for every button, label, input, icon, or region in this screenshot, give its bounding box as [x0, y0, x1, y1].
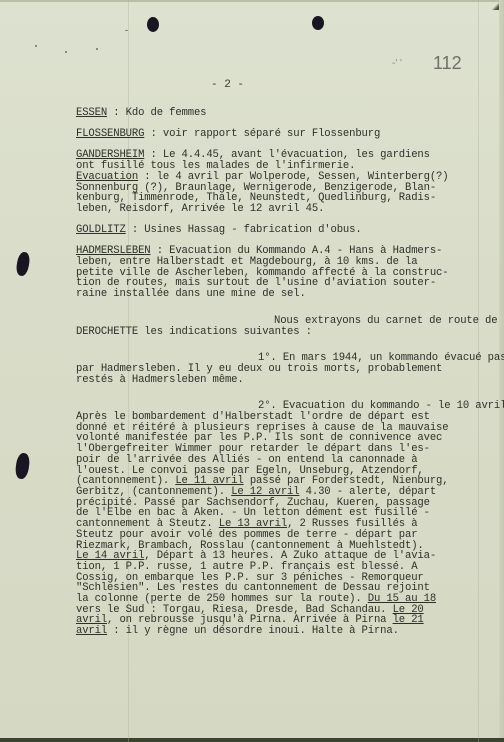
page-bottom-edge: [0, 738, 504, 742]
body-text-run: : il y règne un désordre inoui. Halte à …: [107, 625, 399, 637]
punch-hole-icon: [147, 17, 159, 32]
punch-hole-icon: [15, 251, 31, 277]
page-top-edge: [0, 0, 504, 2]
section-goldlitz: GOLDLITZ : Usines Hassag - fabrication d…: [76, 225, 486, 236]
section-flossenburg: FLOSSENBURG : voir rapport séparé sur Fl…: [76, 129, 486, 140]
punch-hole-icon: [14, 452, 30, 480]
intro-text: DEROCHETTE les indications suivantes :: [76, 327, 486, 338]
page-number: - 2 -: [211, 79, 244, 91]
point-2: 2°. Evacuation du kommando - le 10 avril…: [76, 401, 486, 636]
section-gandersheim: GANDERSHEIM : Le 4.4.45, avant l'évacuat…: [76, 150, 486, 214]
section-heading: ESSEN: [76, 107, 107, 119]
section-text: : le 4 avril par Wolperode, Sessen, Wint…: [138, 171, 448, 183]
paper-speck: [125, 30, 128, 31]
archive-stamp-number: 112: [433, 53, 462, 74]
paper-speck: [96, 48, 98, 50]
section-heading: GOLDLITZ: [76, 224, 126, 236]
page-right-edge: [499, 0, 504, 742]
point-text: restés à Hadmersleben même.: [76, 375, 486, 386]
paper-speck: [65, 51, 67, 53]
section-text: raine installée dans une mine de sel.: [76, 289, 486, 300]
section-heading: FLOSSENBURG: [76, 128, 144, 140]
section-text: : Usines Hassag - fabrication d'obus.: [126, 224, 362, 236]
intro-text: Nous extrayons du carnet de route de Mon…: [76, 316, 486, 327]
point-2-body: Après le bombardement d'Halberstadt l'or…: [76, 412, 486, 637]
punch-hole-icon: [312, 16, 324, 30]
intro-paragraph: Nous extrayons du carnet de route de Mon…: [76, 316, 486, 337]
document-body: ESSEN : Kdo de femmes FLOSSENBURG : voir…: [76, 108, 486, 647]
section-text: leben, Reisdorf, Arrivée le 12 avril 45.: [76, 204, 486, 215]
section-text: : Kdo de femmes: [107, 107, 206, 119]
section-subheading: Evacuation: [76, 171, 138, 183]
document-page: -' ' 112 - 2 - ESSEN : Kdo de femmes FLO…: [0, 0, 504, 742]
archive-stamp-mark: -' ': [392, 58, 402, 69]
section-essen: ESSEN : Kdo de femmes: [76, 108, 486, 119]
section-text: : voir rapport séparé sur Flossenburg: [144, 128, 380, 140]
section-hadmersleben: HADMERSLEBEN : Evacuation du Kommando A.…: [76, 246, 486, 300]
paper-speck: [35, 45, 37, 47]
point-1: 1°. En mars 1944, un kommando évacué pas…: [76, 353, 486, 385]
